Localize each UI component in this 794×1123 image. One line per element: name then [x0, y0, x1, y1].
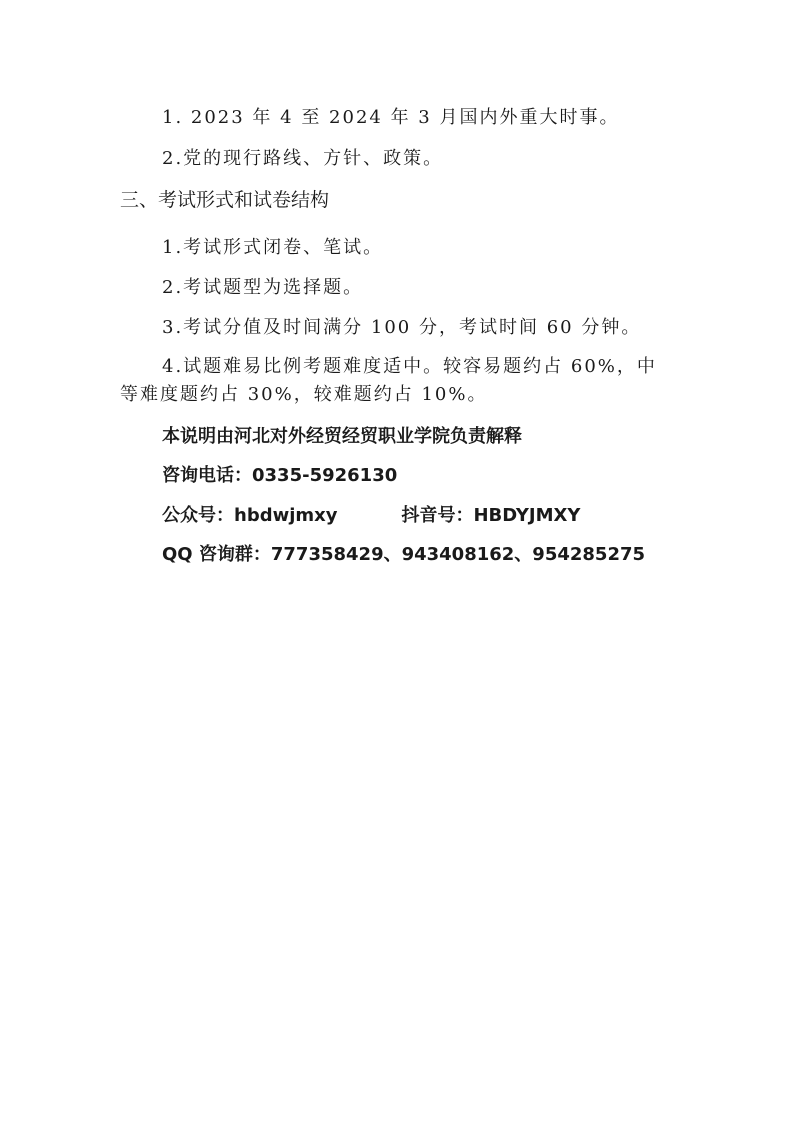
explanation-note: 本说明由河北对外经贸经贸职业学院负责解释 [162, 426, 522, 448]
list-item-score-time: 3.考试分值及时间满分 100 分，考试时间 60 分钟。 [162, 317, 641, 339]
section-heading-exam-format: 三、考试形式和试卷结构 [120, 189, 329, 211]
social-accounts: 公众号：hbdwjmxy抖音号：HBDYJMXY [162, 505, 580, 527]
list-item-difficulty-ratio: 4.试题难易比例考题难度适中。较容易题约占 60%，中 [162, 356, 657, 378]
wechat-account: 公众号：hbdwjmxy [162, 505, 337, 526]
qq-groups: QQ 咨询群：777358429、943408162、954285275 [162, 544, 645, 566]
list-item-difficulty-ratio-continued: 等难度题约占 30%，较难题约占 10%。 [120, 384, 487, 406]
list-item-party-policy: 2.党的现行路线、方针、政策。 [162, 148, 443, 170]
list-item-exam-form: 1.考试形式闭卷、笔试。 [162, 237, 383, 259]
list-item-current-affairs: 1. 2023 年 4 至 2024 年 3 月国内外重大时事。 [162, 107, 619, 129]
document-page: 1. 2023 年 4 至 2024 年 3 月国内外重大时事。 2.党的现行路… [0, 0, 794, 1123]
douyin-account: 抖音号：HBDYJMXY [401, 505, 580, 526]
consult-phone: 咨询电话：0335-5926130 [162, 465, 397, 487]
list-item-question-type: 2.考试题型为选择题。 [162, 277, 363, 299]
